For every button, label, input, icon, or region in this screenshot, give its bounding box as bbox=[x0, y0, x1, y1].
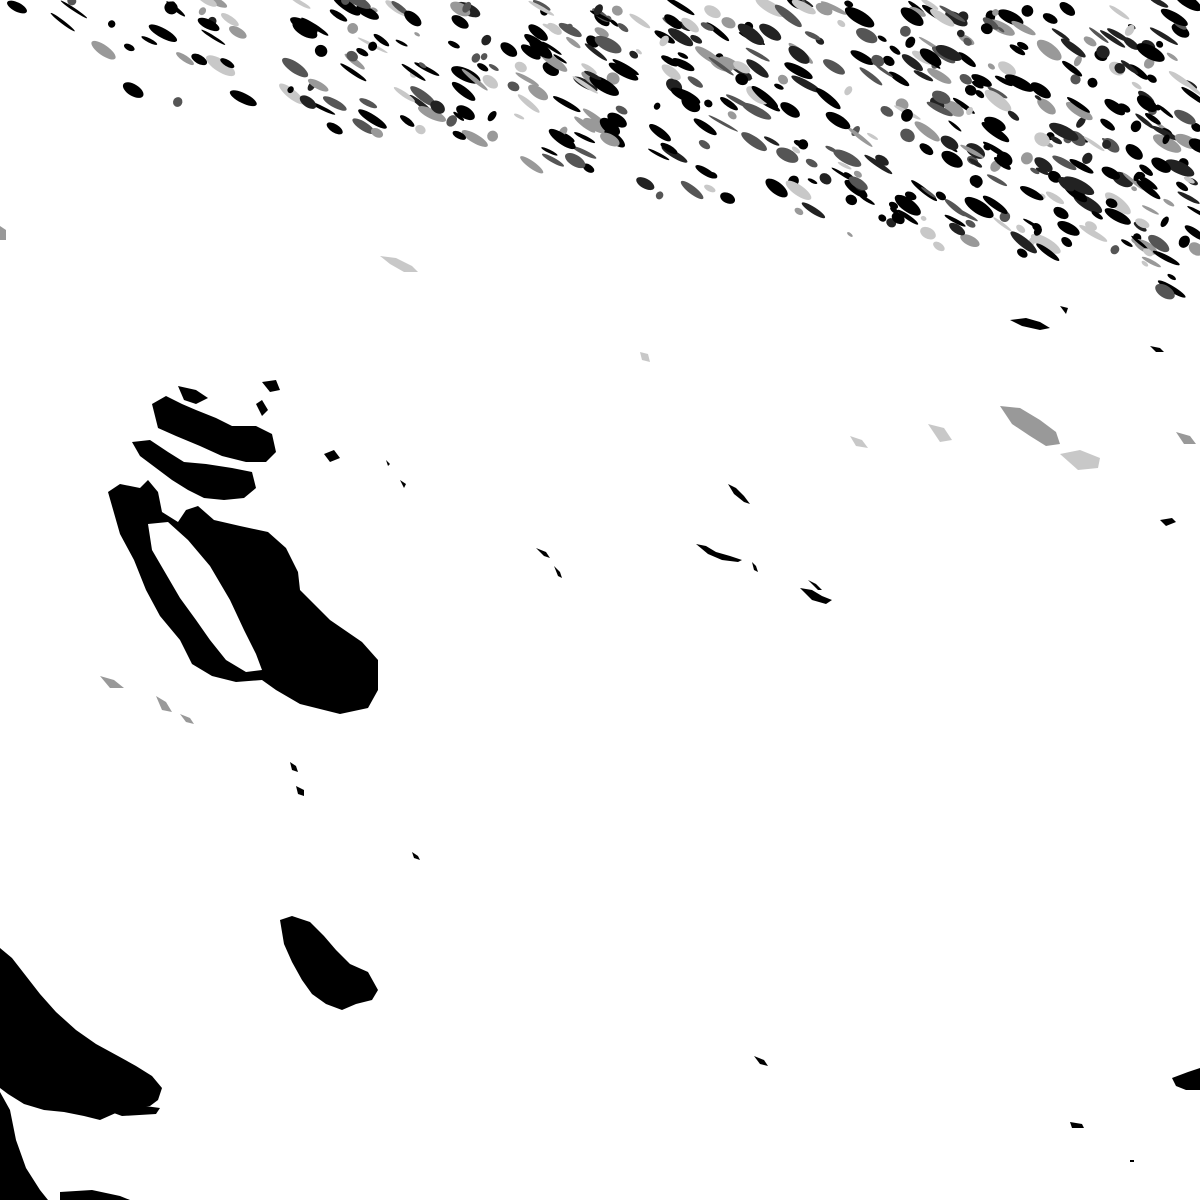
aerial-snowfield-image bbox=[0, 0, 1200, 1200]
